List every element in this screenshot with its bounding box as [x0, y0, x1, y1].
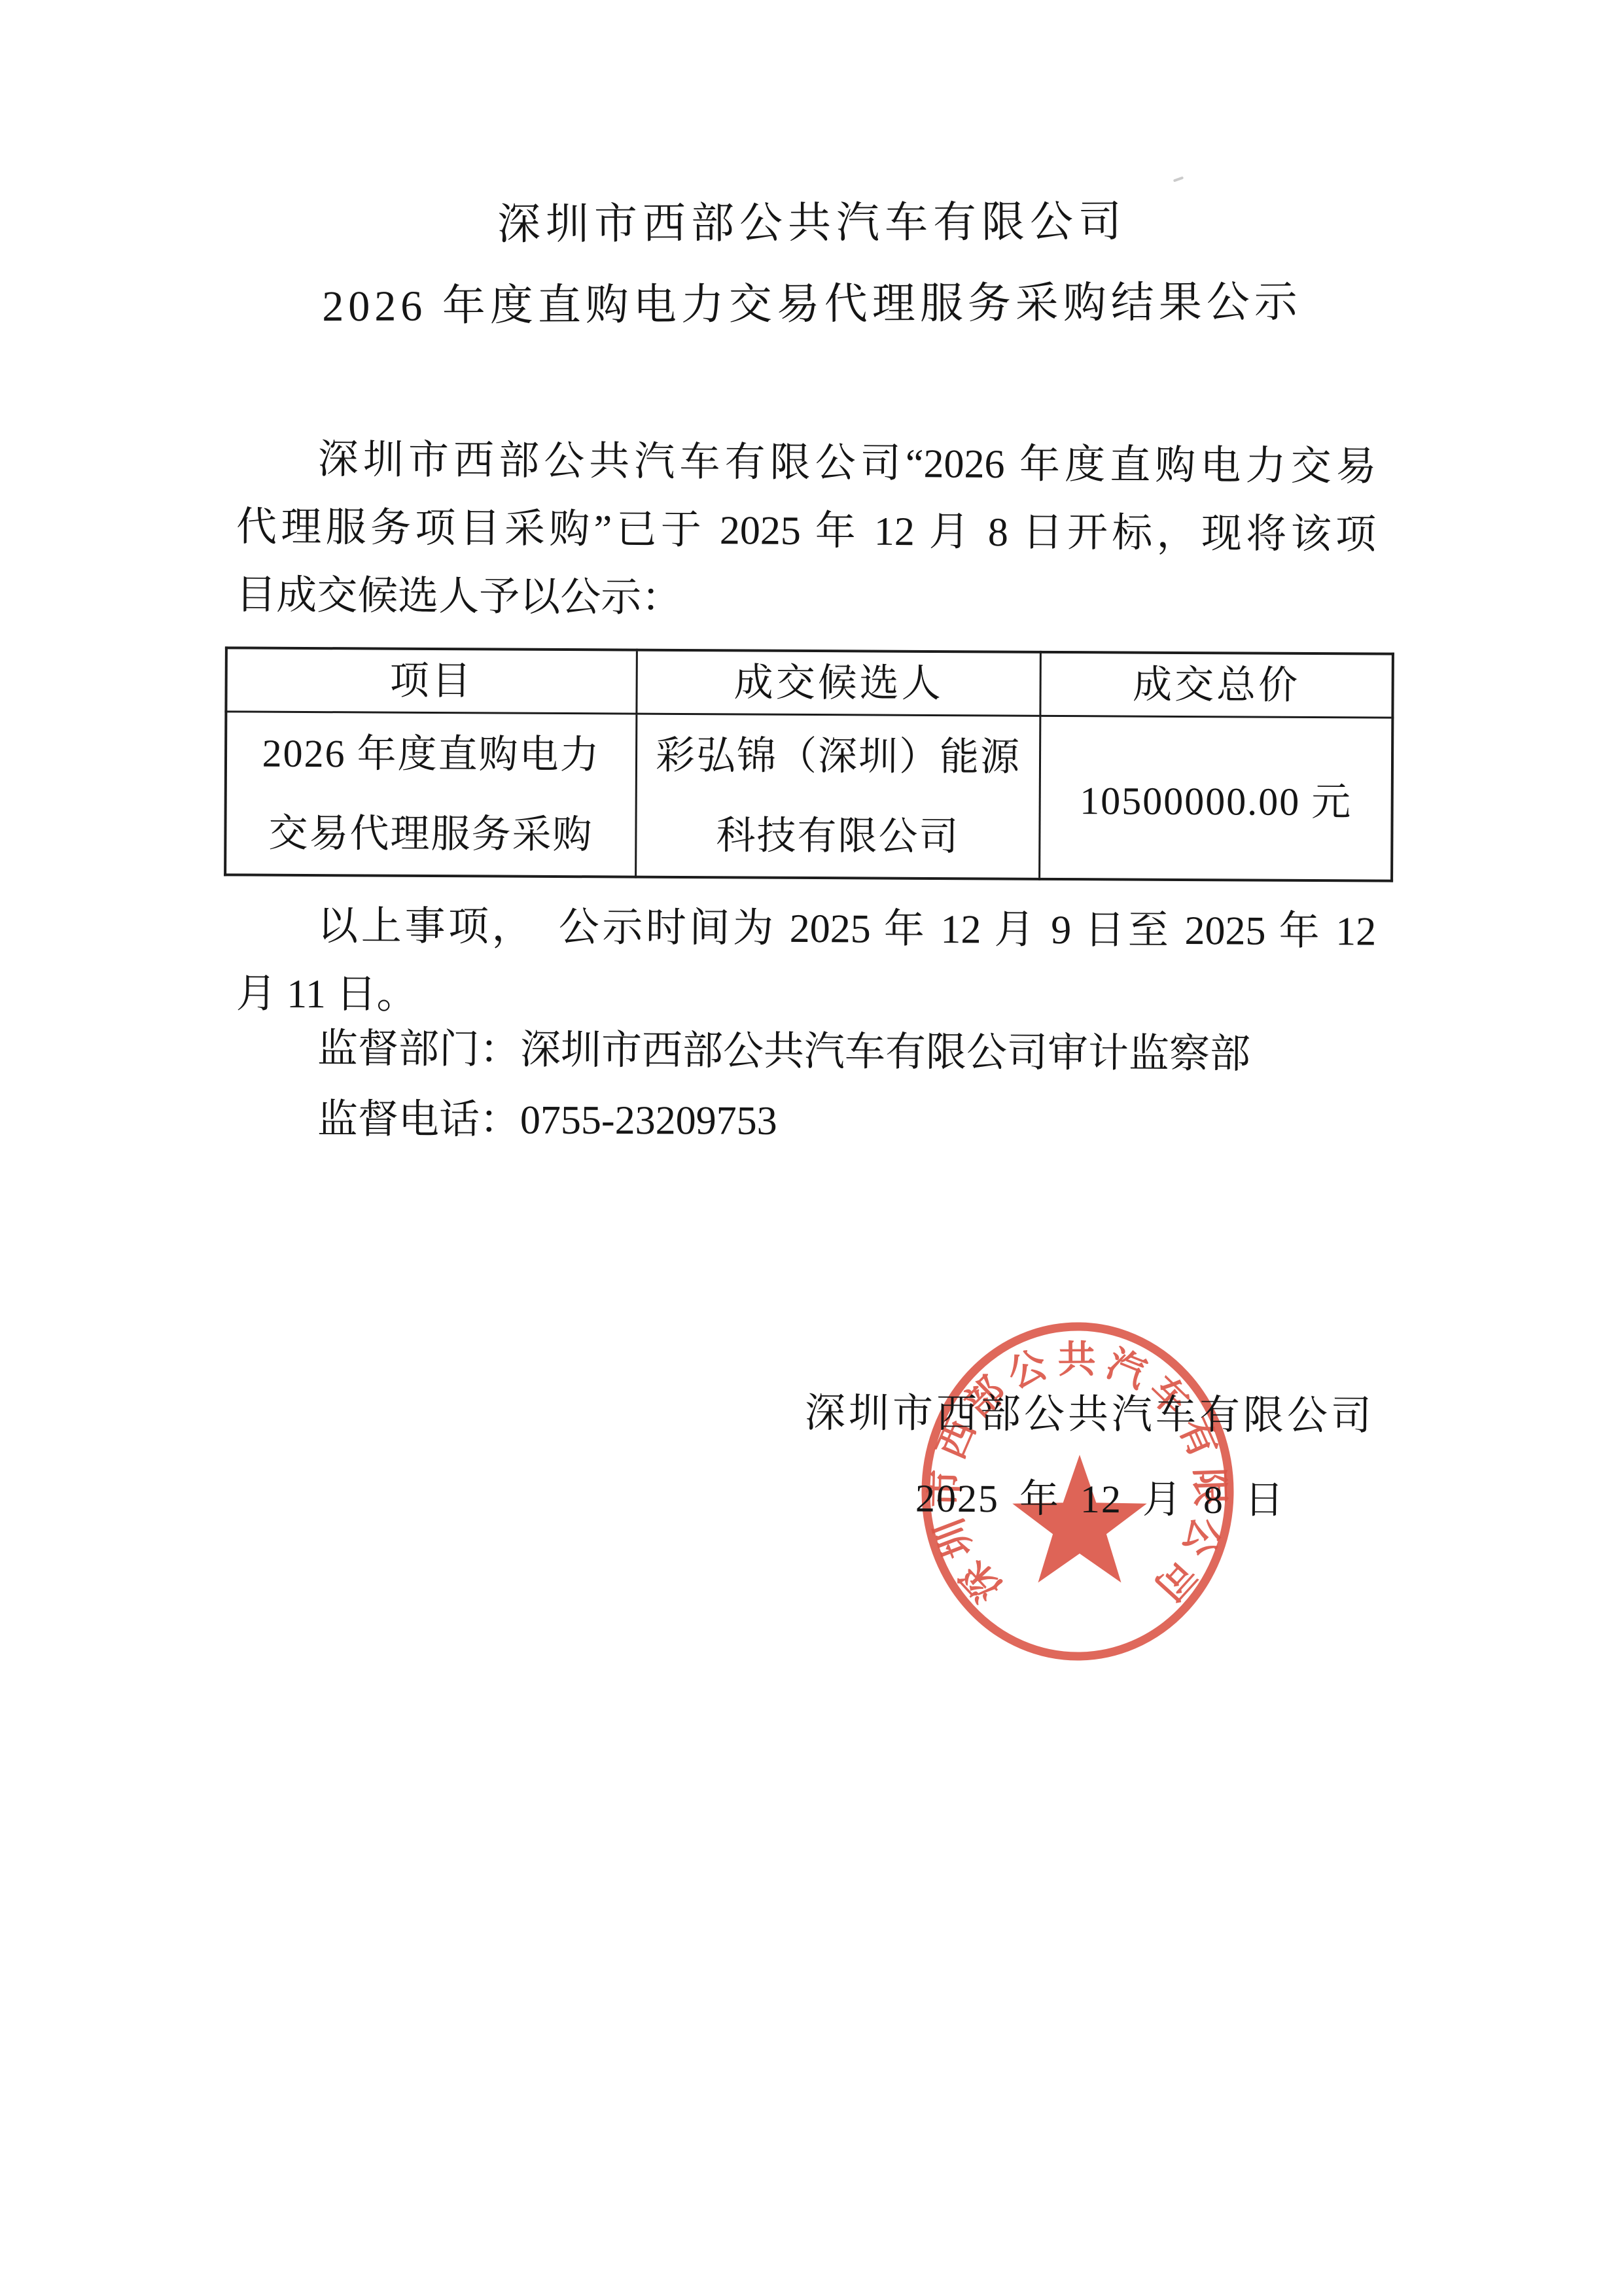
- document-page: 深圳市西部公共汽车有限公司 2026 年度直购电力交易代理服务采购结果公示 深圳…: [0, 0, 1624, 2296]
- table-header-row: 项目 成交候选人 成交总价: [226, 648, 1392, 718]
- result-table: 项目 成交候选人 成交总价 2026 年度直购电力 交易代理服务采购 彩弘锦（深…: [224, 646, 1394, 882]
- cell-project: 2026 年度直购电力 交易代理服务采购: [225, 712, 637, 877]
- header-price: 成交总价: [1040, 652, 1393, 718]
- intro-paragraph: 深圳市西部公共汽车有限公司“2026 年度直购电力交易 代理服务项目采购”已于 …: [236, 425, 1377, 637]
- intro-line-2: 代理服务项目采购”已于 2025 年 12 月 8 日开标，现将该项: [236, 493, 1377, 569]
- winner-line-2: 科技有限公司: [637, 795, 1039, 877]
- scan-speck: [1173, 176, 1184, 182]
- cell-price: 10500000.00 元: [1040, 716, 1393, 880]
- supervision-phone-line: 监督电话：0755-23209753: [236, 1085, 1376, 1157]
- signature-company: 深圳市西部公共汽车有限公司: [805, 1389, 1375, 1441]
- notice-line-1: 以上事项， 公示时间为 2025 年 12 月 9 日至 2025 年 12: [236, 892, 1377, 965]
- project-line-2: 交易代理服务采购: [226, 793, 635, 875]
- winner-line-1: 彩弘锦（深圳）能源: [637, 716, 1040, 797]
- document-title-subject: 2026 年度直购电力交易代理服务采购结果公示: [0, 275, 1624, 334]
- cell-winner: 彩弘锦（深圳）能源 科技有限公司: [636, 714, 1040, 879]
- project-line-1: 2026 年度直购电力: [227, 713, 636, 795]
- table-row: 2026 年度直购电力 交易代理服务采购 彩弘锦（深圳）能源 科技有限公司 10…: [225, 712, 1392, 881]
- intro-line-3: 目成交候选人予以公示：: [236, 561, 1376, 637]
- header-winner: 成交候选人: [637, 650, 1040, 716]
- signature-date: 2025 年 12 月 8 日: [915, 1475, 1285, 1524]
- intro-line-1: 深圳市西部公共汽车有限公司“2026 年度直购电力交易: [236, 425, 1377, 501]
- document-title-company: 深圳市西部公共汽车有限公司: [0, 194, 1624, 253]
- header-project: 项目: [226, 648, 637, 714]
- notice-paragraph: 以上事项， 公示时间为 2025 年 12 月 9 日至 2025 年 12 月…: [236, 892, 1376, 1034]
- supervision-department-line: 监督部门：深圳市西部公共汽车有限公司审计监察部: [236, 1015, 1377, 1090]
